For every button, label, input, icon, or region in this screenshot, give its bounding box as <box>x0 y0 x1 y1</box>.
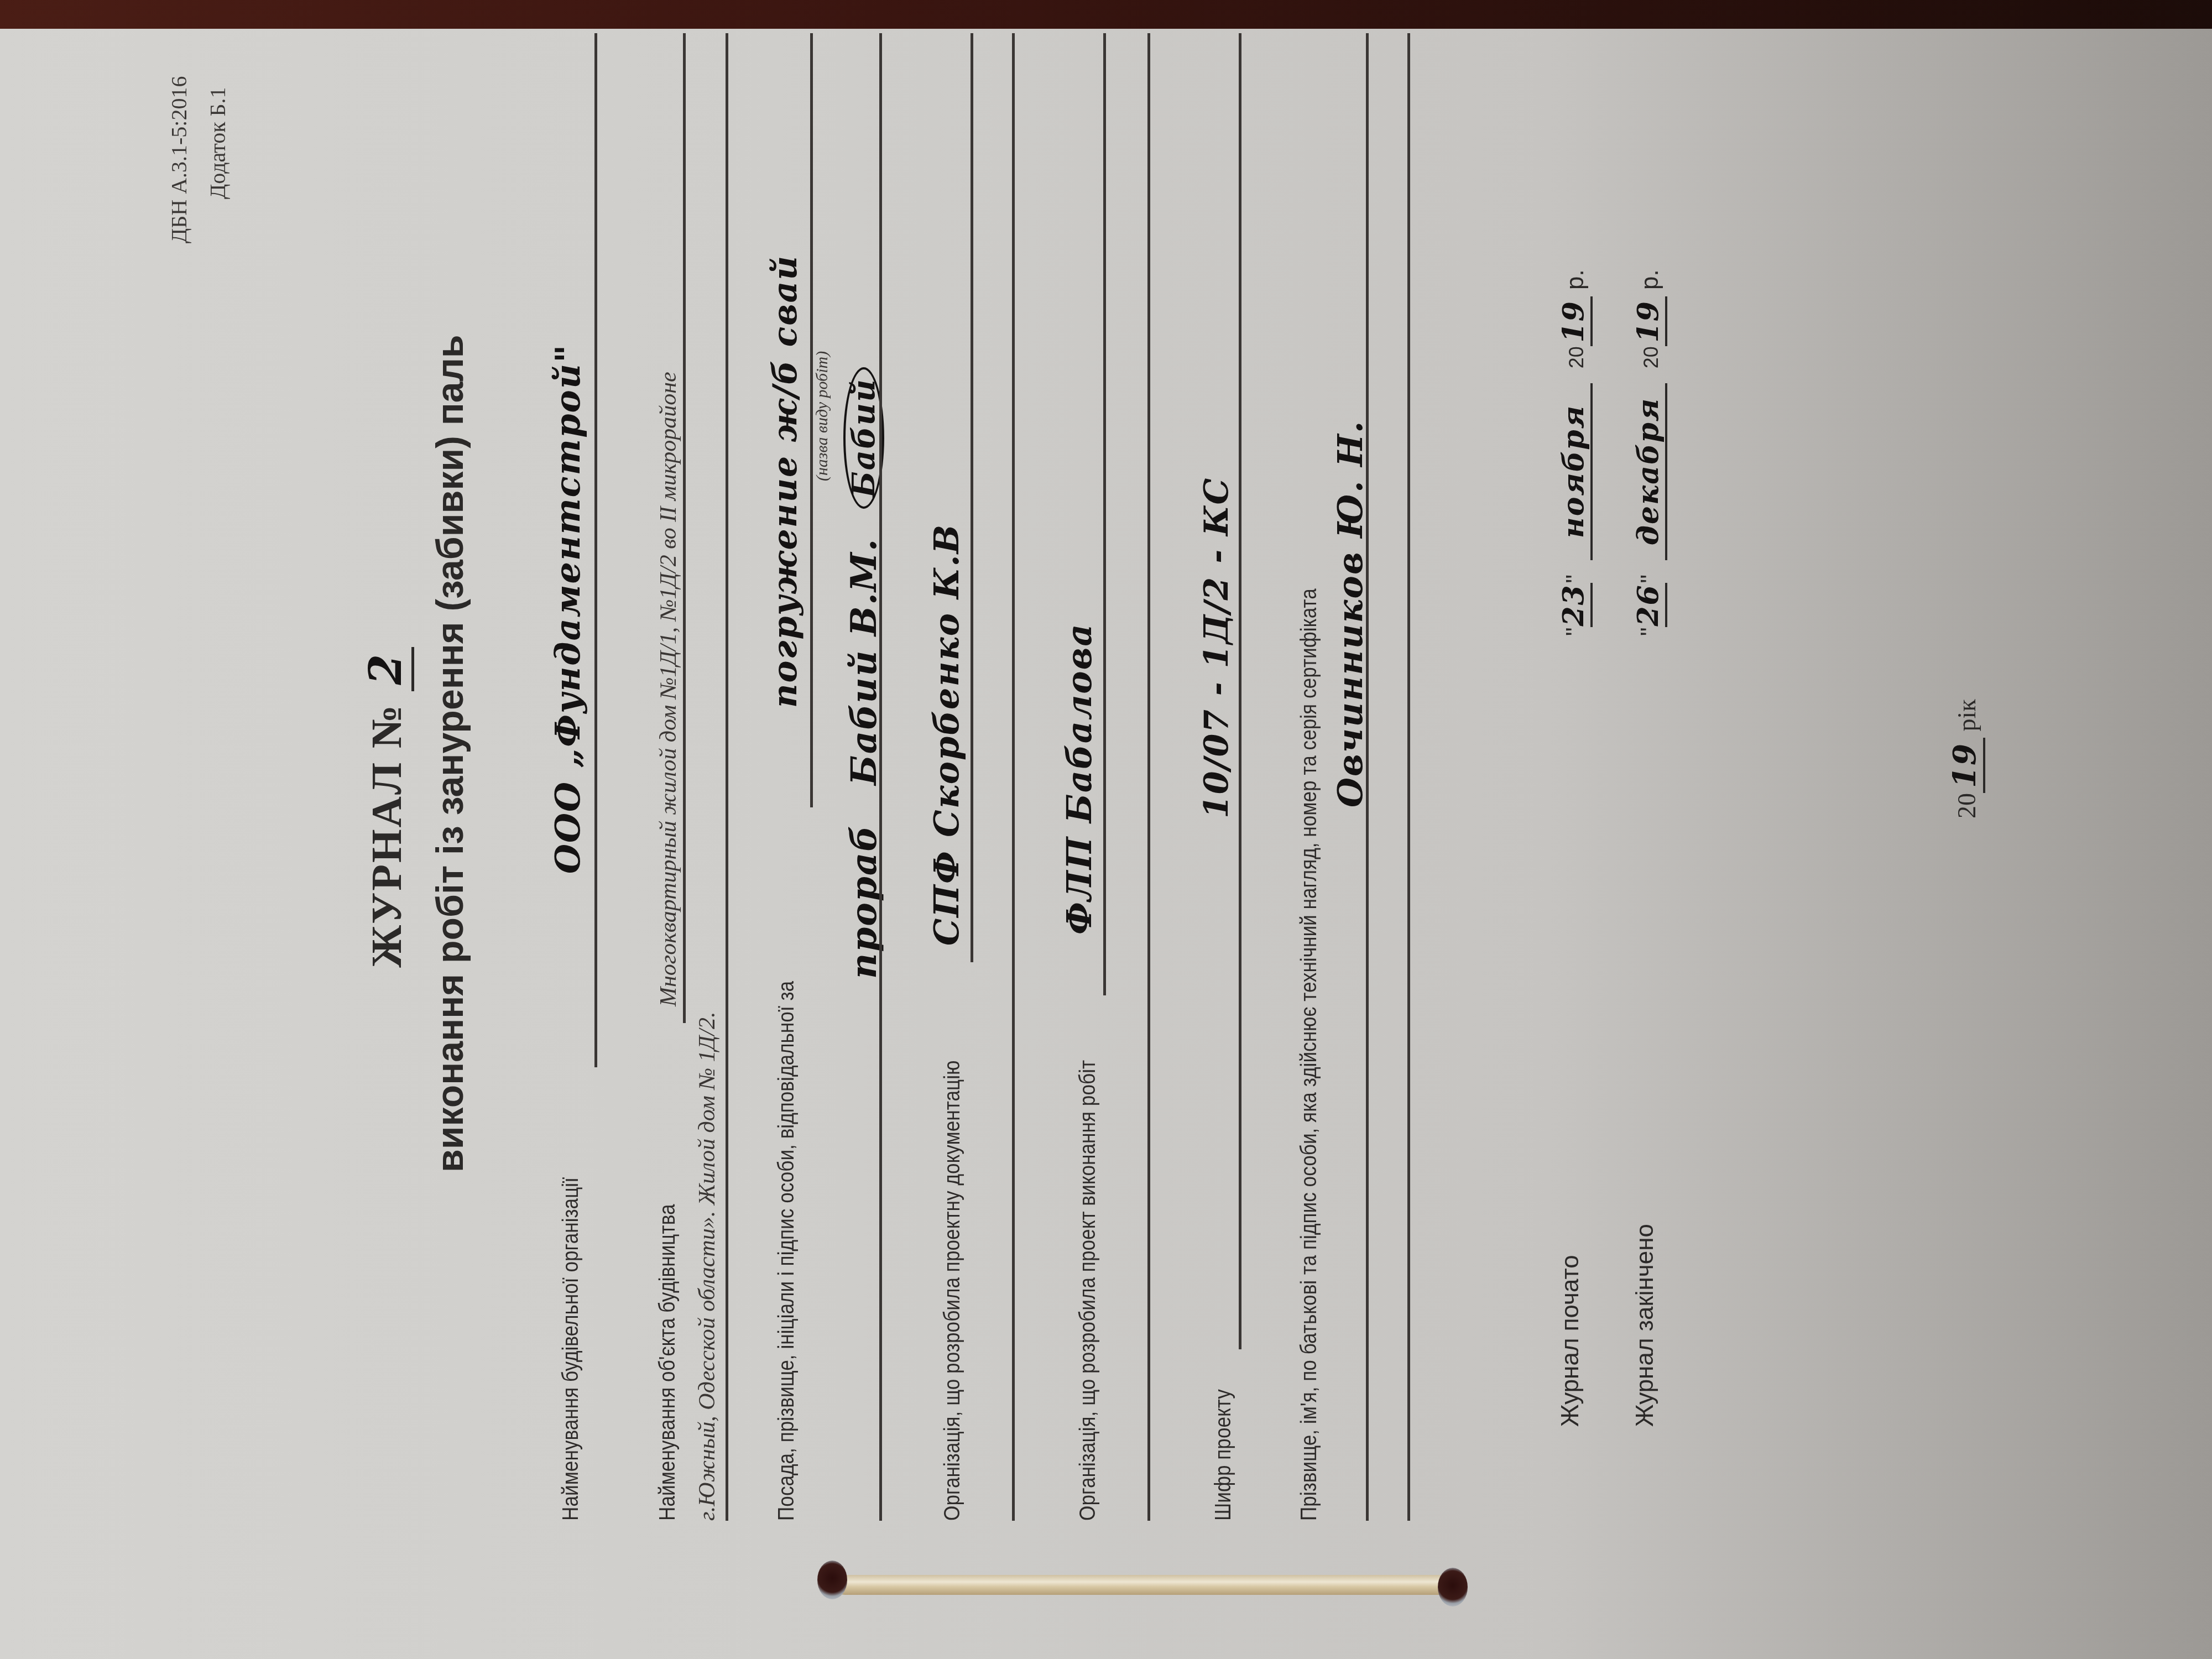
object-label: Найменування об'єкта будівництва <box>655 1204 680 1521</box>
construction-org-value: ООО „Фундаментстрой" <box>547 344 588 874</box>
tech-supervisor-line <box>1366 33 1369 1521</box>
tech-supervisor-label: Прізвище, ім'я, по батькові та підпис ос… <box>1297 588 1322 1521</box>
start-suffix: р. <box>1562 269 1589 290</box>
work-project-org-line <box>1103 33 1106 995</box>
work-type-value: погружение ж/б свай <box>766 255 805 708</box>
standard-reference: ДБН А.3.1-5:2016 <box>166 76 192 243</box>
footer-suffix: рік <box>1953 699 1981 731</box>
quote-open: " <box>1636 627 1663 636</box>
footer-year: 2019 рік <box>1947 699 1985 818</box>
project-code-value: 10/07 - 1Д/2 - КС <box>1197 477 1236 818</box>
binding-string <box>835 1575 1449 1595</box>
start-day: 23 <box>1557 583 1593 627</box>
journal-finished-label: Журнал закінчено <box>1631 1224 1659 1427</box>
project-code-label: Шифр проекту <box>1211 1389 1236 1521</box>
quote-close: " <box>1636 575 1663 583</box>
work-type-caption: (назва виду робіт) <box>813 351 832 481</box>
project-doc-org-line-2 <box>1012 33 1015 1521</box>
journal-subtitle: виконання робіт із занурення (забивки) п… <box>429 335 472 1172</box>
start-year: 19 <box>1557 296 1593 346</box>
photo-background-edge <box>0 0 2212 30</box>
finish-century: 20 <box>1640 346 1662 368</box>
finish-month: декабря <box>1631 383 1667 560</box>
responsible-line <box>879 33 882 1521</box>
work-project-org-value: ФЛП Бабалова <box>1059 623 1099 935</box>
quote-open: " <box>1562 627 1589 636</box>
finish-year: 19 <box>1631 296 1667 346</box>
work-project-org-label: Організація, що розробила проект виконан… <box>1076 1060 1100 1521</box>
footer-century: 20 <box>1953 793 1981 818</box>
responsible-name: Бабий В.М. <box>843 538 885 785</box>
binding-hole-left <box>817 1561 847 1599</box>
project-code-line <box>1239 33 1241 1349</box>
journal-finished-date: "26" декабря 2019 р. <box>1631 269 1667 636</box>
journal-cover-page: ДБН А.3.1-5:2016 Додаток Б.1 ЖУРНАЛ № 2 … <box>0 29 2212 1659</box>
project-doc-org-value: СПФ Скорбенко К.В <box>926 524 967 946</box>
tech-supervisor-value: Овчинников Ю. Н. <box>1330 420 1370 807</box>
journal-number: 2 <box>359 647 414 691</box>
journal-started-label: Журнал почато <box>1557 1255 1584 1427</box>
construction-org-line <box>594 33 597 1067</box>
work-project-org-line-2 <box>1147 33 1150 1521</box>
finish-day: 26 <box>1631 583 1667 627</box>
start-month: ноября <box>1557 383 1593 560</box>
tech-supervisor-line-2 <box>1407 33 1410 1521</box>
object-line-2 <box>726 33 728 1521</box>
journal-started-date: "23" ноября 2019 р. <box>1557 269 1593 636</box>
binding-hole-right <box>1438 1568 1468 1606</box>
project-doc-org-label: Організація, що розробила проектну докум… <box>940 1061 965 1521</box>
appendix-reference: Додаток Б.1 <box>205 87 231 199</box>
construction-org-label: Найменування будівельної організації <box>559 1177 583 1521</box>
journal-title-prefix: ЖУРНАЛ № <box>362 703 410 968</box>
project-doc-org-line <box>971 33 973 962</box>
object-value-line2: г.Южный, Одесской области». Жилой дом № … <box>694 1012 721 1521</box>
journal-title: ЖУРНАЛ № 2 <box>359 647 414 968</box>
start-century: 20 <box>1565 346 1588 368</box>
finish-suffix: р. <box>1636 269 1663 290</box>
responsible-label: Посада, прізвище, ініціали і підпис особ… <box>774 981 799 1521</box>
responsible-signature: Бабий <box>843 367 884 509</box>
object-value-line1: Многоквартирный жилой дом №1Д/1, №1Д/2 в… <box>655 372 682 1006</box>
object-line-1 <box>683 33 686 1023</box>
footer-year-value: 19 <box>1947 738 1985 793</box>
responsible-position: прораб <box>843 825 885 979</box>
quote-close: " <box>1562 575 1589 583</box>
